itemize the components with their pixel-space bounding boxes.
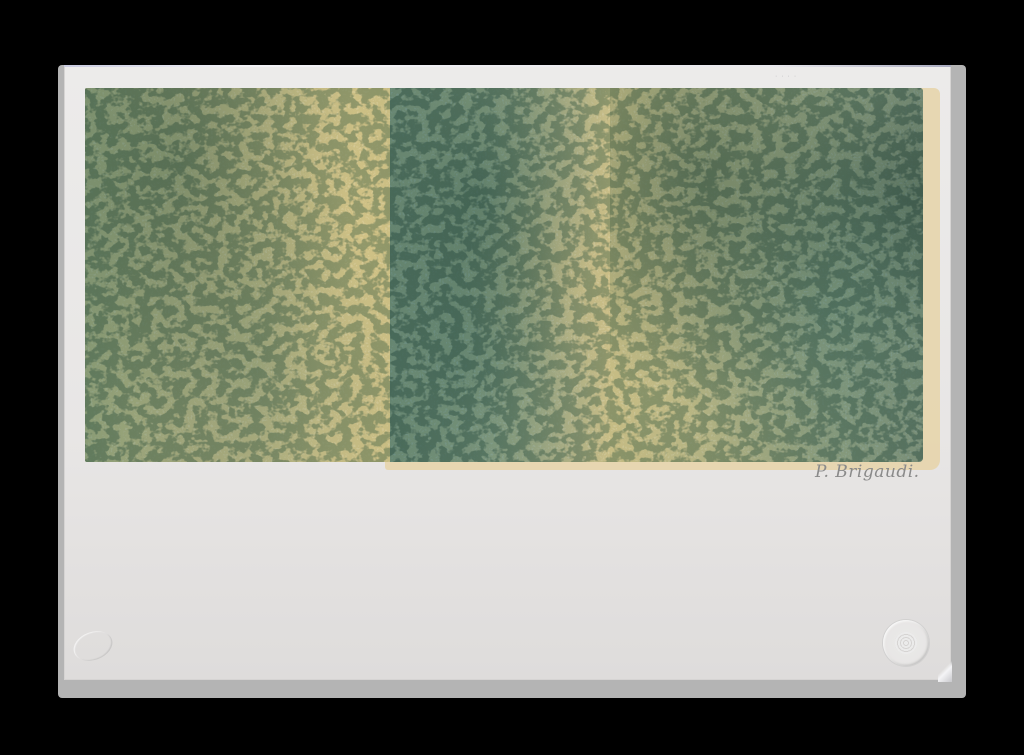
artist-signature: P. Brigaudi. xyxy=(815,462,935,492)
blind-stamp-seal xyxy=(883,620,929,666)
cellular-texture xyxy=(85,88,923,462)
print-image xyxy=(85,88,923,462)
paper-top-edge xyxy=(64,65,951,67)
edition-number: · · · · xyxy=(775,73,797,80)
paper-corner-curl xyxy=(938,660,952,682)
seal-center-icon xyxy=(895,632,917,654)
signature-text: P. Brigaudi. xyxy=(815,462,920,482)
